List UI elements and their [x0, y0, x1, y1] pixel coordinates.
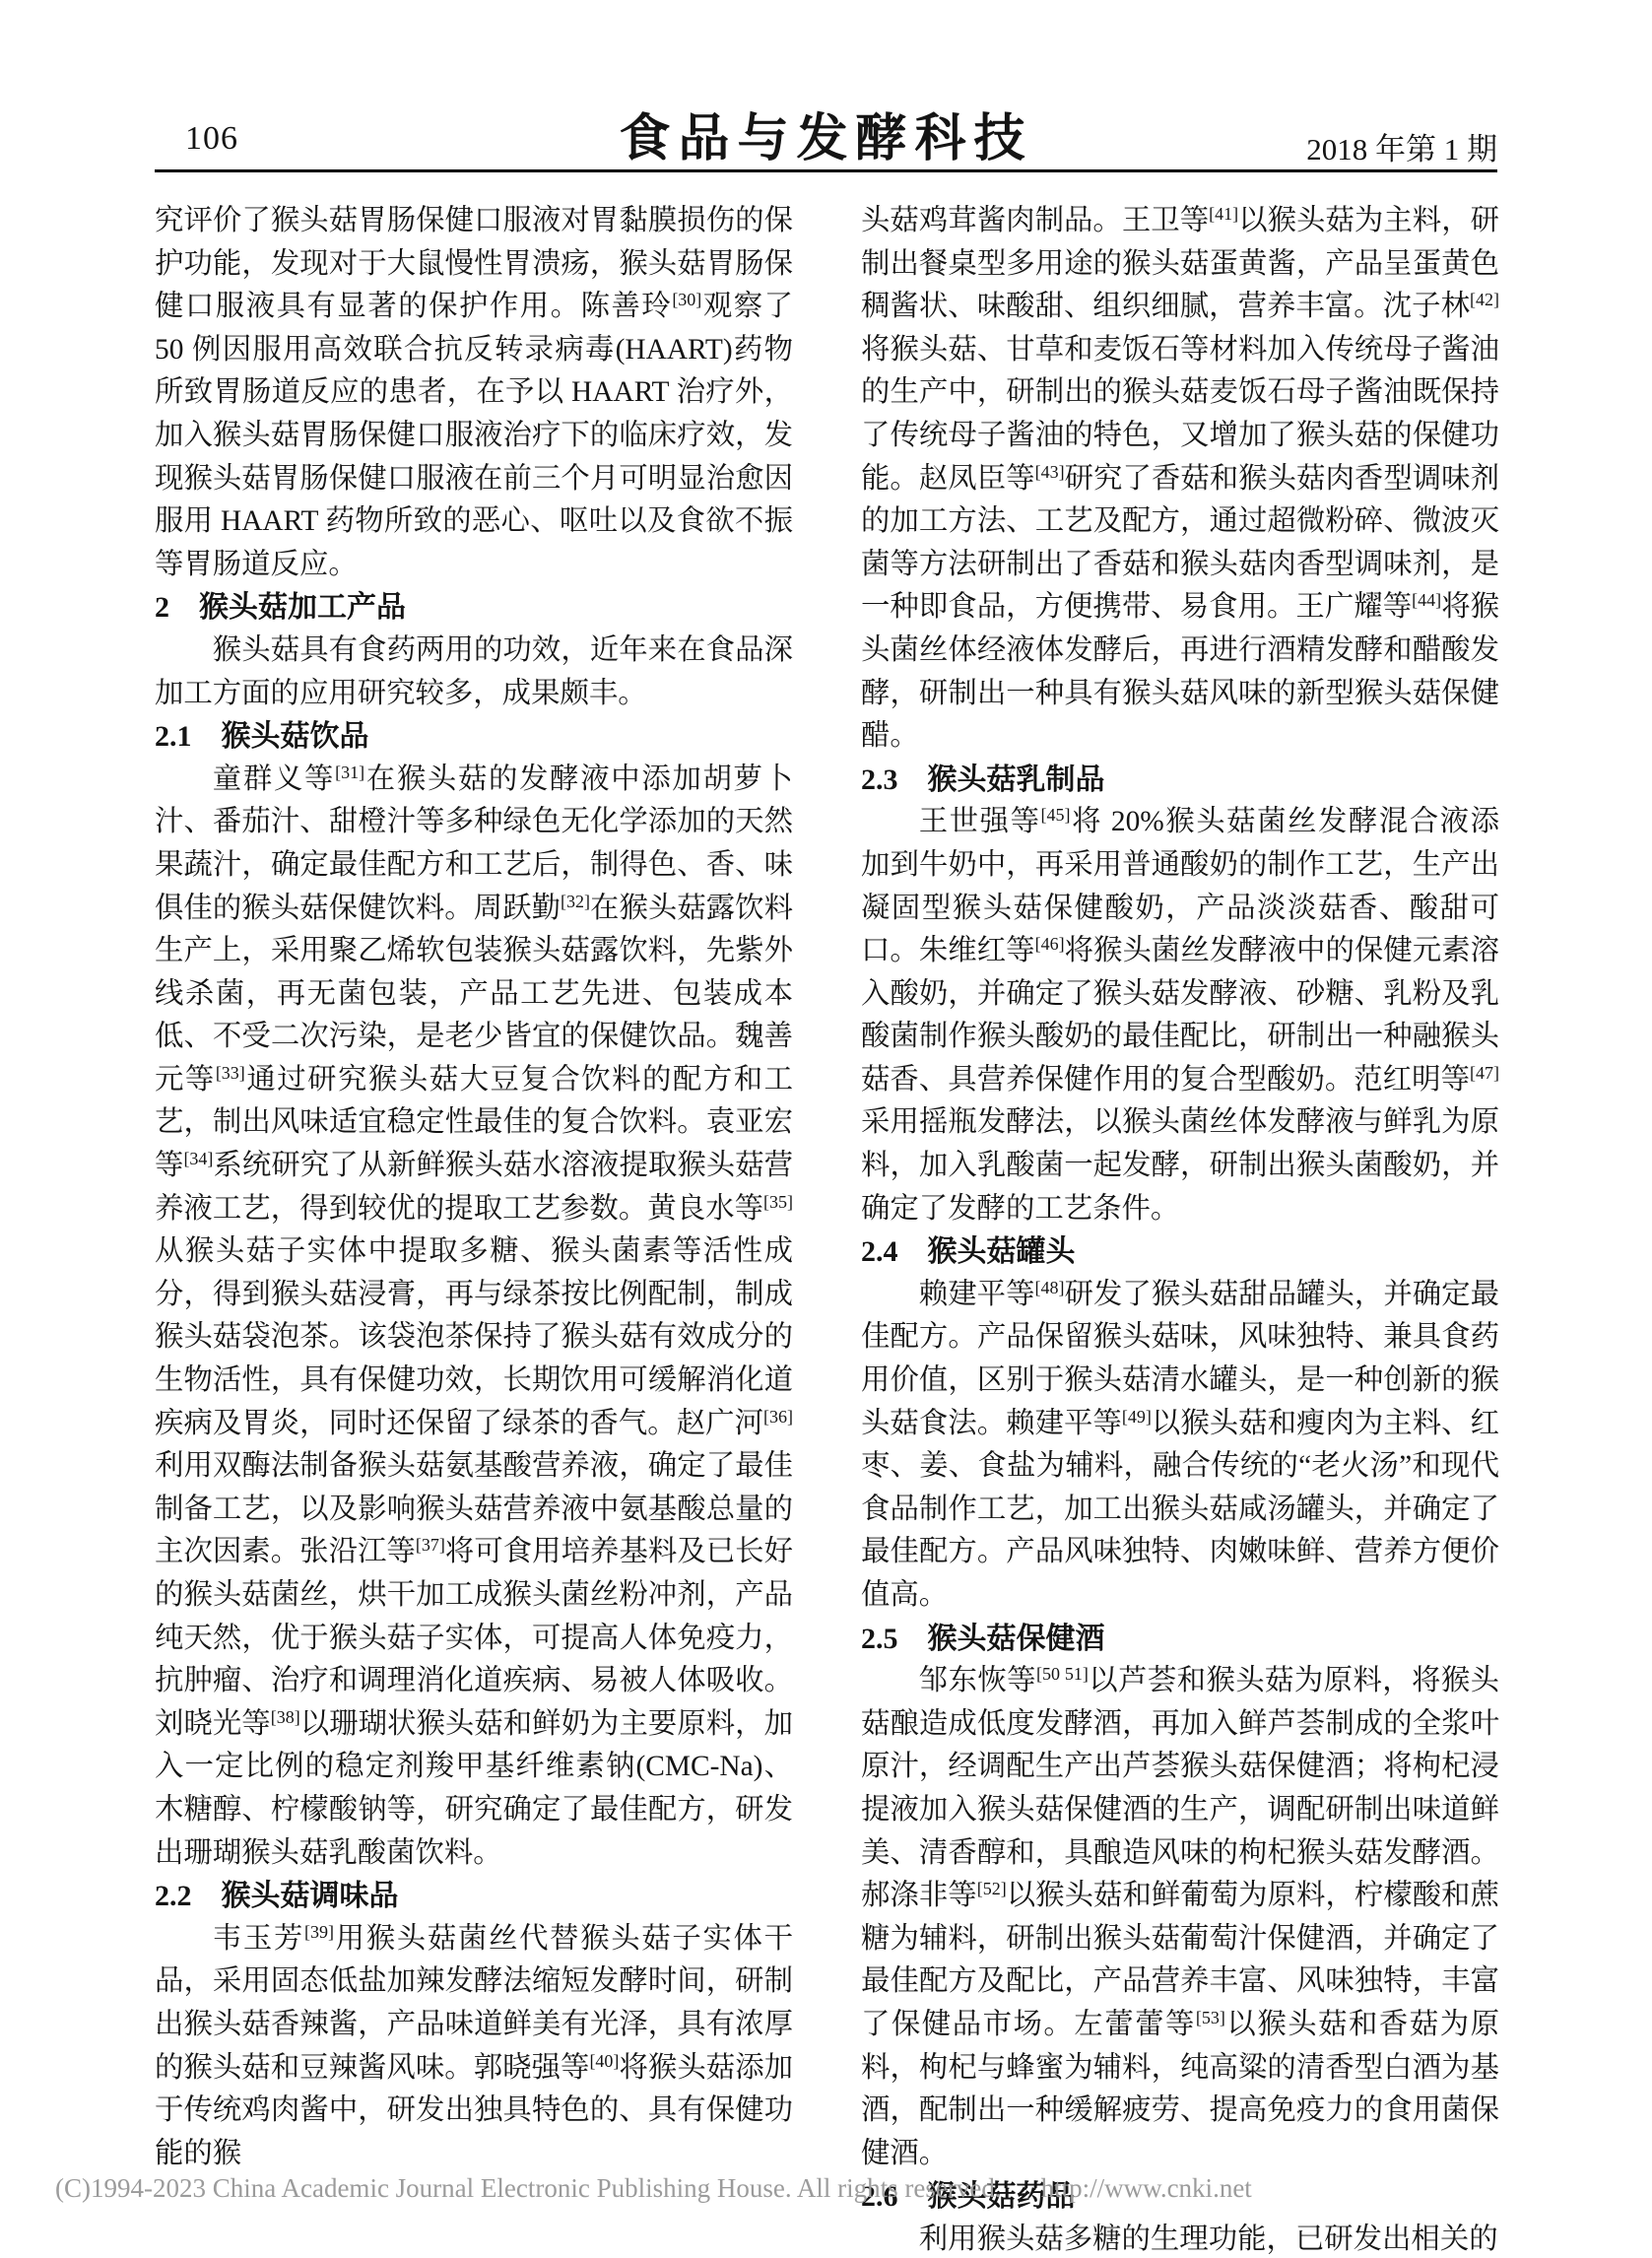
section-title: 猴头菇乳制品	[928, 764, 1105, 796]
paragraph: 邹东恢等[50 51]以芦荟和猴头菇为原料，将猴头菇酿造成低度发酵酒，再加入鲜芦…	[861, 1660, 1499, 2175]
reference-superscript: [40]	[589, 2051, 619, 2071]
reference-superscript: [52]	[977, 1879, 1007, 1898]
paragraph: 猴头菇具有食药两用的功效，近年来在食品深加工方面的应用研究较多，成果颇丰。	[155, 630, 793, 715]
reference-superscript: [47]	[1470, 1063, 1499, 1083]
paragraph: 赖建平等[48]研发了猴头菇甜品罐头，并确定最佳配方。产品保留猴头菇味，风味独特…	[861, 1274, 1499, 1618]
reference-superscript: [46]	[1035, 934, 1065, 954]
reference-superscript: [48]	[1035, 1278, 1065, 1297]
section-title: 猴头菇加工产品	[199, 591, 406, 624]
reference-superscript: [42]	[1470, 290, 1499, 309]
footer-copyright: (C)1994-2023 China Academic Journal Elec…	[55, 2173, 1002, 2203]
section-number: 2	[155, 591, 169, 624]
paragraph: 究评价了猴头菇胃肠保健口服液对胃黏膜损伤的保护功能，发现对于大鼠慢性胃溃疡，猴头…	[155, 200, 793, 586]
reference-superscript: [43]	[1035, 462, 1065, 482]
section-number: 2.2	[155, 1880, 192, 1912]
section-number: 2.3	[861, 764, 898, 796]
section-title: 猴头菇饮品	[222, 720, 369, 753]
reference-superscript: [45]	[1041, 805, 1071, 825]
reference-superscript: [33]	[216, 1063, 245, 1083]
reference-superscript: [50 51]	[1036, 1664, 1089, 1684]
section-heading: 2.1猴头菇饮品	[155, 715, 793, 759]
section-heading: 2.5猴头菇保健酒	[861, 1618, 1499, 1661]
section-title: 猴头菇保健酒	[928, 1623, 1105, 1655]
section-number: 2.1	[155, 720, 192, 753]
reference-superscript: [34]	[183, 1149, 213, 1168]
section-title: 猴头菇调味品	[222, 1880, 399, 1912]
reference-superscript: [44]	[1412, 590, 1441, 610]
paragraph: 王世强等[45]将 20%猴头菇菌丝发酵混合液添加到牛奶中，再采用普通酸奶的制作…	[861, 801, 1499, 1230]
reference-superscript: [53]	[1196, 2008, 1225, 2027]
paragraph: 头菇鸡茸酱肉制品。王卫等[41]以猴头菇为主料，研制出餐桌型多用途的猴头菇蛋黄酱…	[861, 200, 1499, 759]
section-heading: 2.4猴头菇罐头	[861, 1230, 1499, 1274]
reference-superscript: [31]	[335, 763, 364, 782]
reference-superscript: [35]	[763, 1192, 793, 1212]
reference-superscript: [37]	[416, 1536, 445, 1556]
footer-url: http://www.cnki.net	[1041, 2173, 1252, 2203]
page-footer: (C)1994-2023 China Academic Journal Elec…	[55, 2173, 1631, 2204]
paragraph: 利用猴头菇多糖的生理功能，已研发出相关的	[861, 2219, 1499, 2258]
left-column: 究评价了猴头菇胃肠保健口服液对胃黏膜损伤的保护功能，发现对于大鼠慢性胃溃疡，猴头…	[155, 200, 793, 2175]
reference-superscript: [32]	[561, 892, 590, 911]
section-heading: 2.2猴头菇调味品	[155, 1875, 793, 1918]
header-rule	[155, 169, 1497, 172]
reference-superscript: [49]	[1122, 1407, 1152, 1427]
reference-superscript: [30]	[672, 290, 701, 309]
section-title: 猴头菇罐头	[928, 1235, 1076, 1268]
reference-superscript: [41]	[1209, 204, 1238, 224]
reference-superscript: [36]	[763, 1407, 793, 1427]
section-number: 2.5	[861, 1623, 898, 1655]
reference-superscript: [38]	[271, 1707, 300, 1727]
right-column: 头菇鸡茸酱肉制品。王卫等[41]以猴头菇为主料，研制出餐桌型多用途的猴头菇蛋黄酱…	[861, 200, 1499, 2258]
paragraph: 童群义等[31]在猴头菇的发酵液中添加胡萝卜汁、番茄汁、甜橙汁等多种绿色无化学添…	[155, 759, 793, 1875]
paragraph: 韦玉芳[39]用猴头菇菌丝代替猴头菇子实体干品，采用固态低盐加辣发酵法缩短发酵时…	[155, 1918, 793, 2176]
section-heading: 2猴头菇加工产品	[155, 586, 793, 630]
section-number: 2.4	[861, 1235, 898, 1268]
reference-superscript: [39]	[304, 1922, 334, 1942]
issue-label: 2018 年第 1 期	[1306, 124, 1497, 168]
section-heading: 2.3猴头菇乳制品	[861, 759, 1499, 802]
